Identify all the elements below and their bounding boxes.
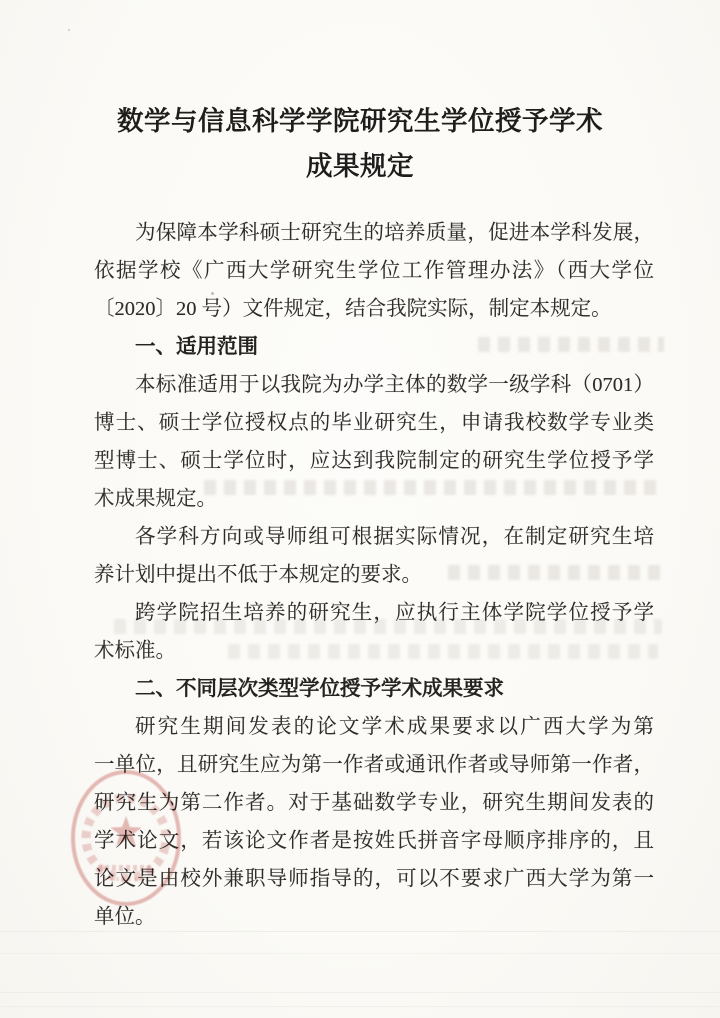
section-1-heading: 一、适用范围 (94, 328, 654, 366)
text-line: 术标准。 (94, 632, 654, 670)
text-line: 型博士、硕士学位时，应达到我院制定的研究生学位授予学 (94, 442, 654, 480)
scan-streak (0, 931, 720, 932)
text-line: 博士、硕士学位授权点的毕业研究生，申请我校数学专业类 (94, 404, 654, 442)
text-line: 各学科方向或导师组可根据实际情况，在制定研究生培 (94, 518, 654, 556)
text-line: 术成果规定。 (94, 480, 654, 518)
text-line: 一单位，且研究生应为第一作者或通讯作者或导师第一作者， (94, 746, 654, 784)
text-line: 养计划中提出不低于本规定的要求。 (94, 556, 654, 594)
scan-streak (0, 953, 720, 954)
section-2-heading: 二、不同层次类型学位授予学术成果要求 (94, 670, 654, 708)
text-line: 为保障本学科硕士研究生的培养质量，促进本学科发展， (94, 214, 654, 252)
text-line: 跨学院招生培养的研究生，应执行主体学院学位授予学 (94, 594, 654, 632)
text-line: 论文是由校外兼职导师指导的，可以不要求广西大学为第一 (94, 860, 654, 898)
text-line: 〔2020〕20 号）文件规定，结合我院实际，制定本规定。 (94, 290, 654, 328)
document-title-line2: 成果规定 (0, 144, 720, 189)
scan-speck (211, 292, 214, 295)
document-title: 数学与信息科学学院研究生学位授予学术 成果规定 (0, 99, 720, 189)
document-title-line1: 数学与信息科学学院研究生学位授予学术 (0, 99, 720, 144)
text-line: 研究生期间发表的论文学术成果要求以广西大学为第 (94, 708, 654, 746)
scan-streak (0, 992, 720, 993)
scan-streak (0, 1006, 720, 1007)
text-line: 研究生为第二作者。对于基础数学专业，研究生期间发表的 (94, 784, 654, 822)
scanned-document-page: 数学与信息科学学院研究生学位授予学术 成果规定 为保障本学科硕士研究生的培养质量… (0, 0, 720, 1018)
scan-speck (68, 29, 70, 31)
text-line: 本标准适用于以我院为办学主体的数学一级学科（0701） (94, 366, 654, 404)
document-body: 为保障本学科硕士研究生的培养质量，促进本学科发展， 依据学校《广西大学研究生学位… (94, 214, 654, 936)
text-line: 依据学校《广西大学研究生学位工作管理办法》（西大学位 (94, 252, 654, 290)
scan-speck (390, 156, 392, 158)
text-line: 学术论文，若该论文作者是按姓氏拼音字母顺序排序的，且 (94, 822, 654, 860)
